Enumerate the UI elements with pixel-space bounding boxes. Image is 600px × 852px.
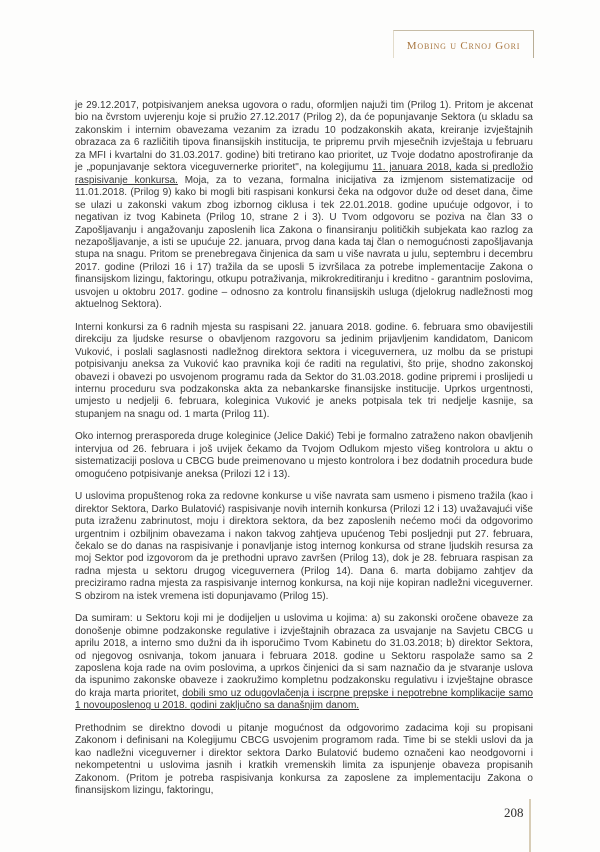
text-run: Prethodnim se direktno dovodi u pitanje … xyxy=(75,723,533,796)
paragraph: Prethodnim se direktno dovodi u pitanje … xyxy=(75,723,533,798)
text-run: Interni konkursi za 6 radnih mjesta su r… xyxy=(75,322,533,420)
text-run: Oko internog prerasporeda druge kolegini… xyxy=(75,431,533,479)
paragraph: U uslovima propuštenog roka za redovne k… xyxy=(75,491,533,603)
text-run: Da sumiram: u Sektoru koji mi je dodijel… xyxy=(75,613,533,699)
page-number: 208 xyxy=(504,805,524,821)
paragraph: je 29.12.2017, potpisivanjem aneksa ugov… xyxy=(75,100,533,312)
text-run: U uslovima propuštenog roka za redovne k… xyxy=(75,491,533,602)
running-header-title: Mobing u Crnoj Gori xyxy=(407,40,520,52)
paragraph: Oko internog prerasporeda druge kolegini… xyxy=(75,431,533,481)
running-header-box: Mobing u Crnoj Gori xyxy=(393,30,534,58)
text-run: Moja, za to vezana, formalna inicijativa… xyxy=(75,175,533,311)
body-text: je 29.12.2017, potpisivanjem aneksa ugov… xyxy=(75,100,533,808)
paragraph: Da sumiram: u Sektoru koji mi je dodijel… xyxy=(75,613,533,713)
page-edge-line xyxy=(529,799,531,852)
document-page: Mobing u Crnoj Gori je 29.12.2017, potpi… xyxy=(0,0,600,852)
paragraph: Interni konkursi za 6 radnih mjesta su r… xyxy=(75,322,533,422)
